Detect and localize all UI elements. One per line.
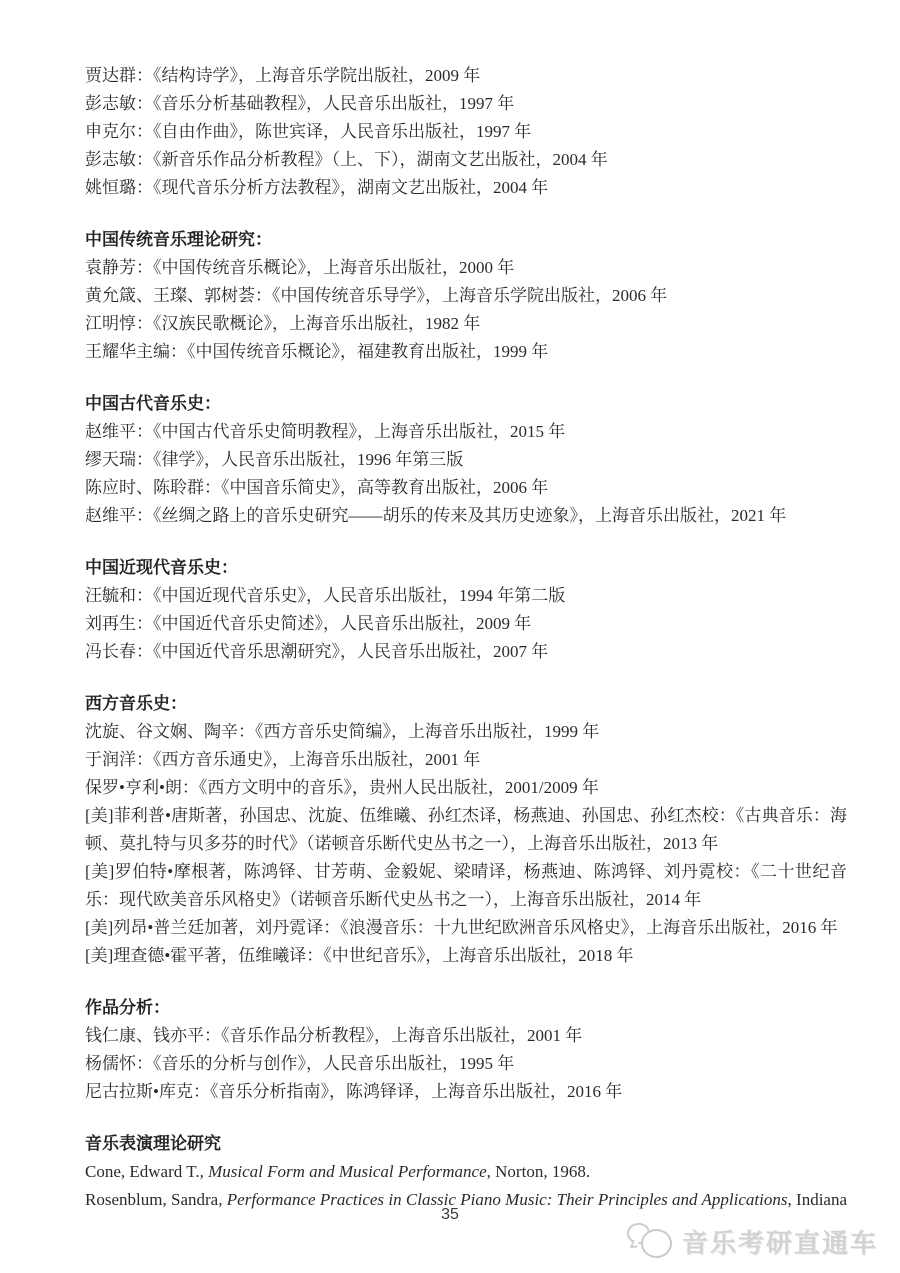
bibliography-section: 西方音乐史：沈旋、谷文娴、陶辛：《西方音乐史简编》，上海音乐出版社，1999 年… [85,690,847,970]
document-page: 贾达群：《结构诗学》，上海音乐学院出版社，2009 年彭志敏：《音乐分析基础教程… [0,0,900,1273]
section-heading: 作品分析： [85,994,847,1022]
bibliography-entry: 王耀华主编：《中国传统音乐概论》，福建教育出版社，1999 年 [85,338,847,366]
section-heading: 西方音乐史： [85,690,847,718]
bibliography-list: 贾达群：《结构诗学》，上海音乐学院出版社，2009 年彭志敏：《音乐分析基础教程… [85,62,847,1214]
bibliography-entry: 杨儒怀：《音乐的分析与创作》，人民音乐出版社，1995 年 [85,1050,847,1078]
bibliography-entry: 江明惇：《汉族民歌概论》，上海音乐出版社，1982 年 [85,310,847,338]
section-heading: 中国传统音乐理论研究： [85,226,847,254]
entry-text: , Norton, 1968. [487,1162,590,1181]
bibliography-entry: 彭志敏：《音乐分析基础教程》，人民音乐出版社，1997 年 [85,90,847,118]
bibliography-entry: 尼古拉斯•库克：《音乐分析指南》，陈鸿铎译，上海音乐出版社，2016 年 [85,1078,847,1106]
bibliography-entry: 赵维平：《丝绸之路上的音乐史研究——胡乐的传来及其历史迹象》，上海音乐出版社，2… [85,502,847,530]
entry-text: Cone, Edward T., [85,1162,208,1181]
bibliography-entry: 钱仁康、钱亦平：《音乐作品分析教程》，上海音乐出版社，2001 年 [85,1022,847,1050]
bibliography-entry: Cone, Edward T., Musical Form and Musica… [85,1158,847,1186]
circle-icon [641,1229,672,1258]
bibliography-entry: 于润洋：《西方音乐通史》，上海音乐出版社，2001 年 [85,746,847,774]
section-heading: 中国古代音乐史： [85,390,847,418]
bibliography-section: 作品分析：钱仁康、钱亦平：《音乐作品分析教程》，上海音乐出版社，2001 年杨儒… [85,994,847,1106]
bibliography-entry: [美]理查德•霍平著，伍维曦译：《中世纪音乐》，上海音乐出版社，2018 年 [85,942,847,970]
bibliography-entry: 黄允箴、王璨、郭树荟：《中国传统音乐导学》，上海音乐学院出版社，2006 年 [85,282,847,310]
bibliography-entry: 姚恒璐：《现代音乐分析方法教程》，湖南文艺出版社，2004 年 [85,174,847,202]
bibliography-entry: 赵维平：《中国古代音乐史简明教程》，上海音乐出版社，2015 年 [85,418,847,446]
bibliography-entry: [美]菲利普•唐斯著，孙国忠、沈旋、伍维曦、孙红杰译，杨燕迪、孙国忠、孙红杰校：… [85,802,847,858]
bibliography-entry: 袁静芳：《中国传统音乐概论》，上海音乐出版社，2000 年 [85,254,847,282]
bibliography-entry: 陈应时、陈聆群：《中国音乐简史》，高等教育出版社，2006 年 [85,474,847,502]
section-heading: 中国近现代音乐史： [85,554,847,582]
bibliography-entry: [美]列昂•普兰廷加著，刘丹霓译：《浪漫音乐：十九世纪欧洲音乐风格史》，上海音乐… [85,914,847,942]
bibliography-entry: 沈旋、谷文娴、陶辛：《西方音乐史简编》，上海音乐出版社，1999 年 [85,718,847,746]
bibliography-entry: 刘再生：《中国近代音乐史简述》，人民音乐出版社，2009 年 [85,610,847,638]
section-heading: 音乐表演理论研究 [85,1130,847,1158]
bibliography-section: 贾达群：《结构诗学》，上海音乐学院出版社，2009 年彭志敏：《音乐分析基础教程… [85,62,847,202]
bibliography-entry: 贾达群：《结构诗学》，上海音乐学院出版社，2009 年 [85,62,847,90]
bibliography-section: 中国近现代音乐史：汪毓和：《中国近现代音乐史》，人民音乐出版社，1994 年第二… [85,554,847,666]
bibliography-entry: 汪毓和：《中国近现代音乐史》，人民音乐出版社，1994 年第二版 [85,582,847,610]
bibliography-section: 音乐表演理论研究Cone, Edward T., Musical Form an… [85,1130,847,1214]
watermark-text: 音乐考研直通车 [682,1223,878,1260]
watermark: 音乐考研直通车 [626,1220,878,1262]
watermark-logo-icon [626,1220,674,1262]
bibliography-entry: 冯长春：《中国近代音乐思潮研究》，人民音乐出版社，2007 年 [85,638,847,666]
bibliography-entry: [美]罗伯特•摩根著，陈鸿铎、甘芳萌、金毅妮、梁晴译，杨燕迪、陈鸿铎、刘丹霓校：… [85,858,847,914]
bibliography-section: 中国古代音乐史：赵维平：《中国古代音乐史简明教程》，上海音乐出版社，2015 年… [85,390,847,530]
entry-title-italic: Musical Form and Musical Performance [208,1162,487,1181]
bibliography-entry: 保罗•亨利•朗：《西方文明中的音乐》，贵州人民出版社，2001/2009 年 [85,774,847,802]
bibliography-section: 中国传统音乐理论研究：袁静芳：《中国传统音乐概论》，上海音乐出版社，2000 年… [85,226,847,366]
bibliography-entry: 彭志敏：《新音乐作品分析教程》（上、下），湖南文艺出版社，2004 年 [85,146,847,174]
bibliography-entry: 缪天瑞：《律学》，人民音乐出版社，1996 年第三版 [85,446,847,474]
bibliography-entry: 申克尔：《自由作曲》，陈世宾译，人民音乐出版社，1997 年 [85,118,847,146]
